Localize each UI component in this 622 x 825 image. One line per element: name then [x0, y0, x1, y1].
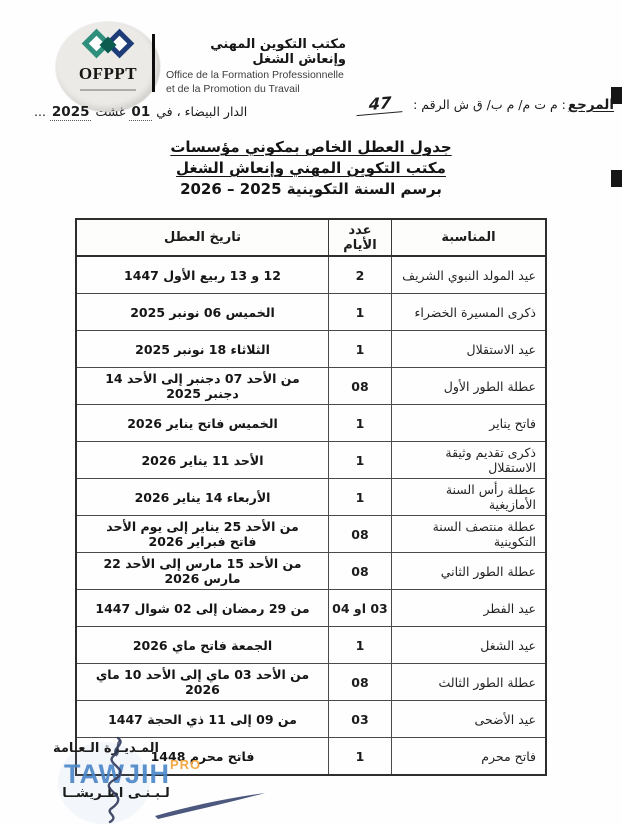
header-divider: [152, 34, 155, 92]
days-cell: 1: [329, 479, 392, 516]
date-month: غشت: [95, 104, 125, 119]
table-row: عيد الشغل 1 الجمعة فاتح ماي 2026: [76, 627, 546, 664]
days-cell: 08: [329, 664, 392, 701]
title-line-3: برسم السنة التكوينية 2025 – 2026: [0, 179, 622, 200]
document-title: جدول العطل الخاص بمكوني مؤسسات مكتب التك…: [0, 137, 622, 200]
column-header-date: تاريخ العطل: [76, 219, 329, 256]
table-row: عيد الأضحى 03 من 09 إلى 11 ذي الحجة 1447: [76, 701, 546, 738]
org-name-french-line2: et de la Promotion du Travail: [166, 83, 386, 97]
days-cell: 03: [329, 701, 392, 738]
days-cell: 1: [329, 738, 392, 776]
date-cell: الثلاثاء 18 نونبر 2025: [76, 331, 329, 368]
date-cell: الخميس 06 نونبر 2025: [76, 294, 329, 331]
place-date-prefix: الدار البيضاء ، في: [156, 104, 247, 119]
date-cell: من 09 إلى 11 ذي الحجة 1447: [76, 701, 329, 738]
days-cell: 1: [329, 331, 392, 368]
date-cell: الأربعاء 14 يناير 2026: [76, 479, 329, 516]
column-header-days: عدد الأيام: [329, 219, 392, 256]
occasion-cell: ذكرى تقديم وثيقة الاستقلال: [391, 442, 546, 479]
occasion-cell: عيد المولد النبوي الشريف: [391, 256, 546, 294]
occasion-cell: عطلة منتصف السنة التكوينية: [391, 516, 546, 553]
occasion-cell: عطلة رأس السنة الأمازيغية: [391, 479, 546, 516]
reference-body: : م ت م/ م ب/ ق ش الرقم :: [413, 97, 566, 112]
table-row: ذكرى تقديم وثيقة الاستقلال 1 الأحد 11 ين…: [76, 442, 546, 479]
occasion-cell: عيد الأضحى: [391, 701, 546, 738]
table-row: عيد الاستقلال 1 الثلاثاء 18 نونبر 2025: [76, 331, 546, 368]
table-row: عطلة الطور الثالث 08 من الأحد 03 ماي إلى…: [76, 664, 546, 701]
date-day-stamp: 01: [129, 104, 152, 121]
table-row: عطلة رأس السنة الأمازيغية 1 الأربعاء 14 …: [76, 479, 546, 516]
table-row: عيد المولد النبوي الشريف 2 12 و 13 ربيع …: [76, 256, 546, 294]
date-cell: الأحد 11 يناير 2026: [76, 442, 329, 479]
org-name-french-line1: Office de la Formation Professionnelle: [166, 69, 386, 83]
occasion-cell: فاتح يناير: [391, 405, 546, 442]
logo-wordmark: OFPPT: [56, 64, 160, 84]
occasion-cell: ذكرى المسيرة الخضراء: [391, 294, 546, 331]
scan-artifact-mark: [611, 87, 622, 104]
occasion-cell: عيد الفطر: [391, 590, 546, 627]
days-cell: 08: [329, 368, 392, 405]
title-line-1: جدول العطل الخاص بمكوني مؤسسات: [0, 137, 622, 158]
table-header-row: المناسبة عدد الأيام تاريخ العطل: [76, 219, 546, 256]
date-cell: الجمعة فاتح ماي 2026: [76, 627, 329, 664]
occasion-cell: عيد الشغل: [391, 627, 546, 664]
date-year-stamp: 2025: [50, 104, 92, 121]
table-row: فاتح يناير 1 الخميس فاتح يناير 2026: [76, 405, 546, 442]
date-cell: من الأحد 25 يناير إلى يوم الأحد فاتح فبر…: [76, 516, 329, 553]
reference-label: المرجع: [568, 97, 614, 113]
table-row: عطلة منتصف السنة التكوينية 08 من الأحد 2…: [76, 516, 546, 553]
date-cell: من الأحد 03 ماي إلى الأحد 10 ماي 2026: [76, 664, 329, 701]
occasion-cell: عيد الاستقلال: [391, 331, 546, 368]
days-cell: 1: [329, 442, 392, 479]
column-header-occasion: المناسبة: [391, 219, 546, 256]
days-cell: 1: [329, 627, 392, 664]
days-cell: 2: [329, 256, 392, 294]
table-row: ذكرى المسيرة الخضراء 1 الخميس 06 نونبر 2…: [76, 294, 546, 331]
reference-number-handwritten: 47: [357, 92, 404, 116]
reference-line: المرجع: م ت م/ م ب/ ق ش الرقم : 47: [357, 94, 614, 114]
holidays-table: المناسبة عدد الأيام تاريخ العطل عيد المو…: [75, 218, 547, 776]
holiday-table-body: عيد المولد النبوي الشريف 2 12 و 13 ربيع …: [76, 256, 546, 775]
date-suffix-dots: ...: [34, 104, 46, 119]
document-page: OFPPT مكتب التكوين المهني وإنعاش الشغل O…: [0, 0, 622, 825]
days-cell: 08: [329, 516, 392, 553]
place-date-line: الدار البيضاء ، في 01 غشت 2025 ...: [34, 104, 247, 120]
title-line-2: مكتب التكوين المهني وإنعاش الشغل: [0, 158, 622, 179]
days-cell: 08: [329, 553, 392, 590]
occasion-cell: عطلة الطور الثالث: [391, 664, 546, 701]
days-cell: 1: [329, 405, 392, 442]
org-name-arabic: مكتب التكوين المهني وإنعاش الشغل: [166, 37, 346, 67]
days-cell: 1: [329, 294, 392, 331]
logo-tagline: [80, 89, 136, 91]
occasion-cell: فاتح محرم: [391, 738, 546, 776]
organization-block: مكتب التكوين المهني وإنعاش الشغل Office …: [166, 37, 386, 96]
date-cell: من 29 رمضان إلى 02 شوال 1447: [76, 590, 329, 627]
date-cell: من الأحد 15 مارس إلى الأحد 22 مارس 2026: [76, 553, 329, 590]
table-row: عطلة الطور الثاني 08 من الأحد 15 مارس إل…: [76, 553, 546, 590]
days-cell: 03 او 04: [329, 590, 392, 627]
date-cell: من الأحد 07 دجنبر إلى الأحد 14 دجنبر 202…: [76, 368, 329, 405]
signature-swoosh-stroke: [155, 793, 265, 819]
table-row: عطلة الطور الأول 08 من الأحد 07 دجنبر إل…: [76, 368, 546, 405]
table-row: عيد الفطر 03 او 04 من 29 رمضان إلى 02 شو…: [76, 590, 546, 627]
ofppt-logo: OFPPT: [56, 22, 160, 112]
logo-diamonds-icon: [56, 33, 160, 59]
occasion-cell: عطلة الطور الأول: [391, 368, 546, 405]
occasion-cell: عطلة الطور الثاني: [391, 553, 546, 590]
date-cell: الخميس فاتح يناير 2026: [76, 405, 329, 442]
date-cell: 12 و 13 ربيع الأول 1447: [76, 256, 329, 294]
signature-scribble: [60, 734, 280, 824]
